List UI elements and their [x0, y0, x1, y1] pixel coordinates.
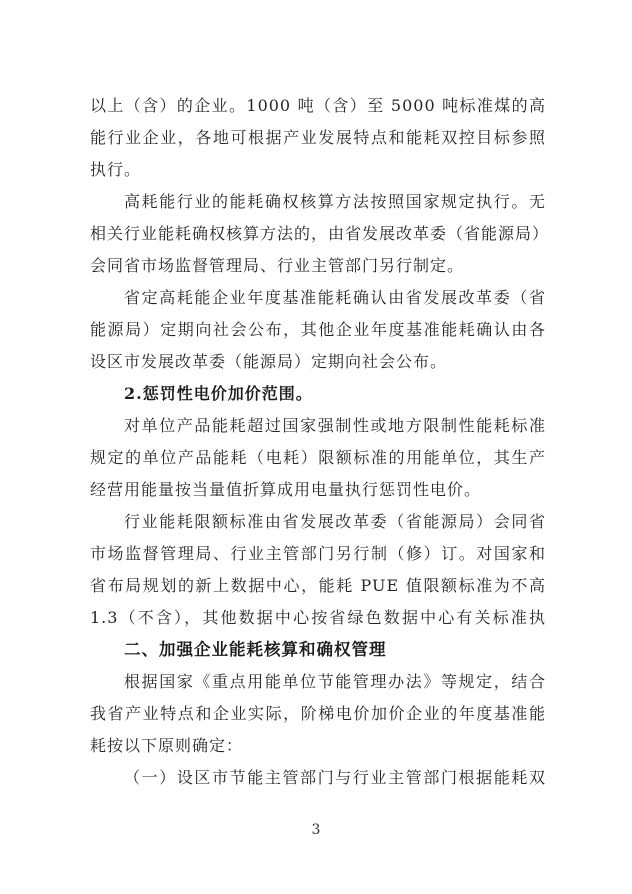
page-number: 3 [0, 820, 632, 840]
document-page: 以上（含）的企业。1000 吨（含）至 5000 吨标准煤的高耗 能行业企业，各… [0, 0, 632, 894]
text-line: （一）设区市节能主管部门与行业主管部门根据能耗双 [90, 762, 546, 794]
text-line: 省布局规划的新上数据中心，能耗 PUE 值限额标准为不高于 [90, 570, 546, 602]
text-line: 能源局）定期向社会公布，其他企业年度基准能耗确认由各 [90, 314, 546, 346]
section-heading-energy-accounting: 二、加强企业能耗核算和确权管理 [90, 634, 546, 666]
section-heading-punitive-price-scope: 2.惩罚性电价加价范围。 [90, 378, 546, 410]
text-line: 设区市发展改革委（能源局）定期向社会公布。 [90, 346, 546, 378]
text-line: 对单位产品能耗超过国家强制性或地方限制性能耗标准 [90, 410, 546, 442]
text-line: 相关行业能耗确权核算方法的，由省发展改革委（省能源局） [90, 218, 546, 250]
text-line: 我省产业特点和企业实际，阶梯电价加价企业的年度基准能 [90, 698, 546, 730]
text-line: 能行业企业，各地可根据产业发展特点和能耗双控目标参照 [90, 122, 546, 154]
text-line: 省定高耗能企业年度基准能耗确认由省发展改革委（省 [90, 282, 546, 314]
text-line: 根据国家《重点用能单位节能管理办法》等规定，结合 [90, 666, 546, 698]
text-line: 会同省市场监督管理局、行业主管部门另行制定。 [90, 250, 546, 282]
text-line: 执行。 [90, 154, 546, 186]
text-line: 经营用能量按当量值折算成用电量执行惩罚性电价。 [90, 474, 546, 506]
text-line: 耗按以下原则确定： [90, 730, 546, 762]
text-line: 行业能耗限额标准由省发展改革委（省能源局）会同省 [90, 506, 546, 538]
text-line: 规定的单位产品能耗（电耗）限额标准的用能单位，其生产 [90, 442, 546, 474]
text-line: 1.3（不含），其他数据中心按省绿色数据中心有关标准执行。 [90, 602, 546, 634]
text-line: 高耗能行业的能耗确权核算方法按照国家规定执行。无 [90, 186, 546, 218]
text-line: 以上（含）的企业。1000 吨（含）至 5000 吨标准煤的高耗 [90, 90, 546, 122]
document-body-text: 以上（含）的企业。1000 吨（含）至 5000 吨标准煤的高耗 能行业企业，各… [90, 90, 546, 794]
text-line: 市场监督管理局、行业主管部门另行制（修）订。对国家和 [90, 538, 546, 570]
